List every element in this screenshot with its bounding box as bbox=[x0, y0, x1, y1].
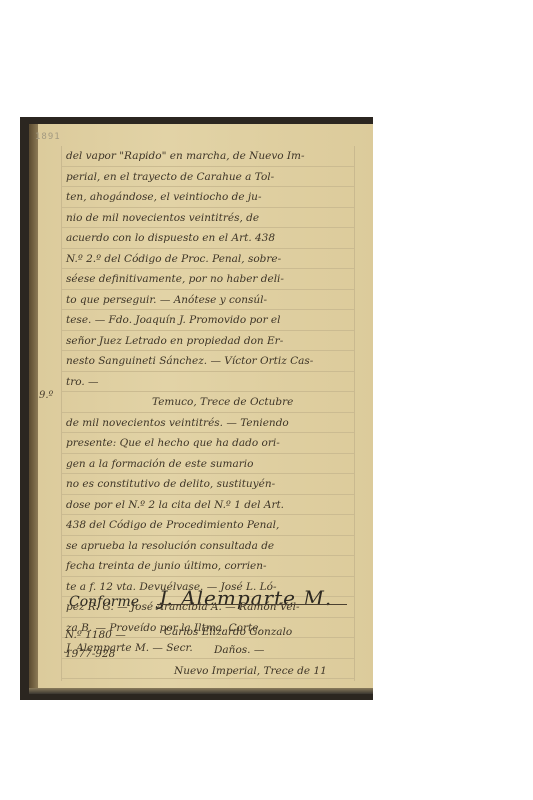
page-bottom-edge bbox=[29, 688, 373, 694]
handwritten-line: nio de mil novecientos veintitrés, de bbox=[62, 208, 354, 229]
signature: J. Alemparte M. bbox=[159, 586, 332, 610]
handwritten-line: gen a la formación de este sumario bbox=[62, 454, 354, 475]
page-binding-edge bbox=[29, 124, 38, 694]
handwritten-line: séese definitivamente, por no haber deli… bbox=[62, 269, 354, 290]
entry-number: N.º 1180 — bbox=[65, 629, 126, 641]
margin-note: 9.º bbox=[39, 390, 53, 401]
handwritten-line: tese. — Fdo. Joaquín J. Promovido por el bbox=[62, 310, 354, 331]
party-subject: Daños. — bbox=[214, 644, 264, 656]
handwritten-line: del vapor "Rapido" en marcha, de Nuevo I… bbox=[62, 146, 354, 167]
handwritten-line: señor Juez Letrado en propiedad don Er- bbox=[62, 331, 354, 352]
handwritten-line: no es constitutivo de delito, sustituyén… bbox=[62, 474, 354, 495]
entry-year: 1977-928 bbox=[65, 648, 115, 660]
handwritten-line: se aprueba la resolución consultada de bbox=[62, 536, 354, 557]
handwritten-line: nesto Sanguineti Sánchez. — Víctor Ortiz… bbox=[62, 351, 354, 372]
handwritten-line: fecha treinta de junio último, corrien- bbox=[62, 556, 354, 577]
handwritten-line: dose por el N.º 2 la cita del N.º 1 del … bbox=[62, 495, 354, 516]
handwritten-line: N.º 2.º del Código de Proc. Penal, sobre… bbox=[62, 249, 354, 270]
handwritten-line: ten, ahogándose, el veintiocho de ju- bbox=[62, 187, 354, 208]
handwritten-line: 438 del Código de Procedimiento Penal, bbox=[62, 515, 354, 536]
folio-number: 1891 bbox=[35, 132, 61, 142]
signature-underline bbox=[157, 604, 347, 605]
conforme-label: Conforme bbox=[69, 594, 139, 610]
handwritten-line: perial, en el trayecto de Carahue a Tol- bbox=[62, 167, 354, 188]
handwritten-line: to que perseguir. — Anótese y consúl- bbox=[62, 290, 354, 311]
handwritten-line: Temuco, Trece de Octubre bbox=[62, 392, 354, 413]
party-name: Carlos Elizardo Gonzalo bbox=[164, 626, 292, 638]
ledger-page: 1891 del vapor "Rapido" en marcha, de Nu… bbox=[29, 124, 373, 694]
handwritten-line: tro. — bbox=[62, 372, 354, 393]
scanned-page: 1891 del vapor "Rapido" en marcha, de Nu… bbox=[20, 117, 373, 700]
place-date: Nuevo Imperial, Trece de 11 bbox=[174, 665, 327, 677]
handwritten-line: de mil novecientos veintitrés. — Teniend… bbox=[62, 413, 354, 434]
handwritten-line: presente: Que el hecho que ha dado ori- bbox=[62, 433, 354, 454]
handwritten-line: acuerdo con lo dispuesto en el Art. 438 bbox=[62, 228, 354, 249]
